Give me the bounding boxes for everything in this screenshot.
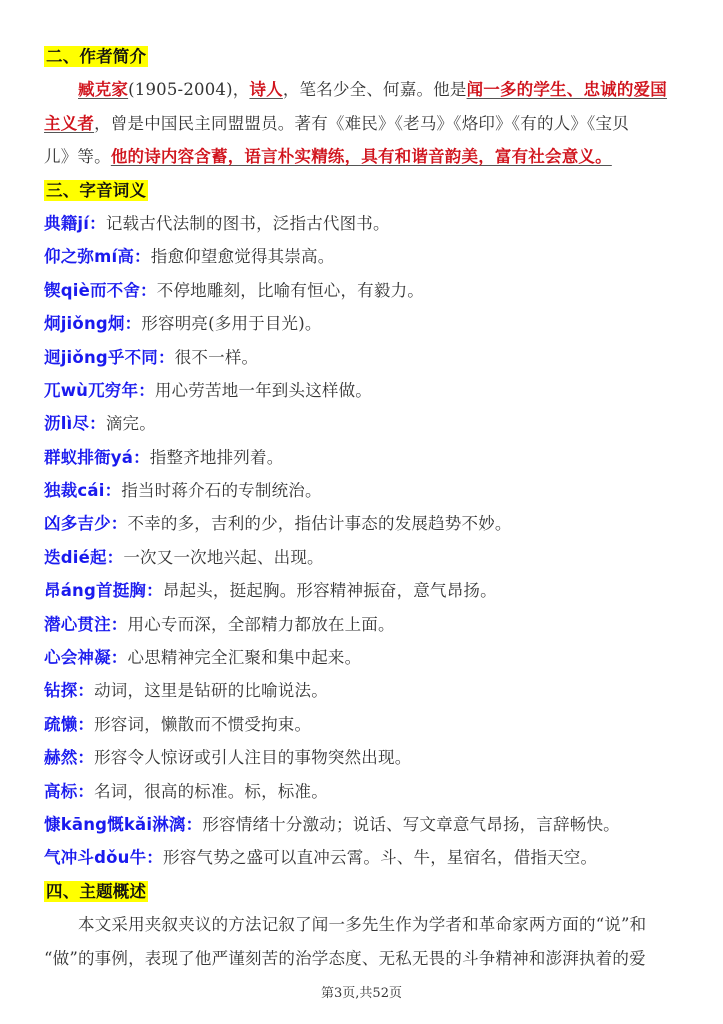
theme-paragraph-line-2: “做”的事例，表现了他严谨刻苦的治学态度、无私无畏的斗争精神和澎湃执着的爱 (44, 942, 684, 975)
author-works-end: 儿》等。 (44, 147, 111, 166)
page-number: 第3页,共52页 (0, 982, 723, 1001)
vocab-entry: 气冲斗dǒu牛：形容气势之盛可以直冲云霄。斗、牛，星宿名，借指天空。 (44, 841, 684, 874)
section-heading-vocabulary: 三、字音词义 (44, 174, 684, 207)
vocab-term: 群蚁排衙yá： (44, 448, 150, 467)
vocab-definition: 昂起头，挺起胸。形容精神振奋，意气昂扬。 (163, 581, 497, 600)
section-heading-theme: 四、主题概述 (44, 875, 684, 908)
author-name: 臧克家 (78, 80, 128, 99)
vocab-term: 气冲斗dǒu牛： (44, 848, 163, 867)
vocab-entry: 独裁cái：指当时蒋介石的专制统治。 (44, 474, 684, 507)
vocab-term: 疏懒： (44, 715, 94, 734)
author-relation: 闻一多的学生、忠诚的爱国 (467, 80, 667, 99)
vocab-term: 赫然： (44, 748, 94, 767)
vocab-term: 迭dié起： (44, 548, 123, 567)
vocab-term: 潜心贯注： (44, 615, 128, 634)
heading-highlight: 二、作者简介 (44, 46, 148, 67)
vocab-definition: 动词，这里是钻研的比喻说法。 (94, 681, 328, 700)
vocab-term: 锲qiè而不舍： (44, 281, 157, 300)
author-works: ，曾是中国民主同盟盟员。著有《难民》《老马》《烙印》《有的人》《宝贝 (94, 114, 629, 133)
vocab-term: 沥lì尽： (44, 414, 106, 433)
vocab-definition: 形容词，懒散而不惯受拘束。 (94, 715, 311, 734)
vocab-entry: 典籍jí：记载古代法制的图书，泛指古代图书。 (44, 207, 684, 240)
vocab-entry: 慷kāng慨kǎi淋漓：形容情绪十分激动；说话、写文章意气昂扬，言辞畅快。 (44, 808, 684, 841)
section-heading-author: 二、作者简介 (44, 40, 684, 73)
theme-paragraph-line-1: 本文采用夹叙夹议的方法记叙了闻一多先生作为学者和革命家两方面的“说”和 (44, 908, 684, 941)
vocab-definition: 用心劳苦地一年到头这样做。 (155, 381, 372, 400)
vocab-term: 高标： (44, 782, 94, 801)
vocab-definition: 一次又一次地兴起、出现。 (123, 548, 323, 567)
vocab-term: 仰之弥mí高： (44, 247, 151, 266)
vocab-definition: 形容明亮(多用于目光)。 (141, 314, 321, 333)
vocab-entry: 潜心贯注：用心专而深，全部精力都放在上面。 (44, 608, 684, 641)
vocab-term: 典籍jí： (44, 214, 106, 233)
vocab-term: 迥jiǒng乎不同： (44, 348, 175, 367)
vocab-entry: 沥lì尽：滴完。 (44, 407, 684, 440)
vocab-definition: 指整齐地排列着。 (150, 448, 284, 467)
author-years: (1905-2004)， (128, 80, 249, 99)
author-paragraph-line-3: 儿》等。他的诗内容含蓄，语言朴实精练，具有和谐音韵美，富有社会意义。 (44, 140, 684, 173)
vocab-definition: 不幸的多，吉利的少，指估计事态的发展趋势不妙。 (128, 514, 512, 533)
vocab-entry: 炯jiǒng炯：形容明亮(多用于目光)。 (44, 307, 684, 340)
vocab-entry: 群蚁排衙yá：指整齐地排列着。 (44, 441, 684, 474)
author-style-summary: 他的诗内容含蓄，语言朴实精练，具有和谐音韵美，富有社会意义。 (111, 147, 612, 166)
vocab-term: 昂áng首挺胸： (44, 581, 163, 600)
vocab-definition: 记载古代法制的图书，泛指古代图书。 (106, 214, 390, 233)
vocab-definition: 形容令人惊讶或引人注目的事物突然出现。 (94, 748, 411, 767)
vocab-term: 钻探： (44, 681, 94, 700)
heading-highlight: 三、字音词义 (44, 180, 148, 201)
author-paragraph-line-1: 臧克家(1905-2004)，诗人，笔名少全、何嘉。他是闻一多的学生、忠诚的爱国 (44, 73, 684, 106)
vocab-term: 炯jiǒng炯： (44, 314, 141, 333)
vocab-definition: 心思精神完全汇聚和集中起来。 (128, 648, 362, 667)
vocab-entry: 仰之弥mí高：指愈仰望愈觉得其崇高。 (44, 240, 684, 273)
vocab-entry: 疏懒：形容词，懒散而不惯受拘束。 (44, 708, 684, 741)
author-relation-cont: 主义者 (44, 114, 94, 133)
vocab-entry: 锲qiè而不舍：不停地雕刻，比喻有恒心，有毅力。 (44, 274, 684, 307)
vocab-definition: 名词，很高的标准。标，标准。 (94, 782, 328, 801)
vocab-term: 心会神凝： (44, 648, 128, 667)
vocab-entry: 钻探：动词，这里是钻研的比喻说法。 (44, 674, 684, 707)
vocab-entry: 赫然：形容令人惊讶或引人注目的事物突然出现。 (44, 741, 684, 774)
document-page: 二、作者简介 臧克家(1905-2004)，诗人，笔名少全、何嘉。他是闻一多的学… (44, 40, 684, 975)
vocab-definition: 指愈仰望愈觉得其崇高。 (151, 247, 335, 266)
vocab-definition: 形容情绪十分激动；说话、写文章意气昂扬，言辞畅快。 (202, 815, 620, 834)
author-role: 诗人 (249, 80, 282, 99)
vocab-definition: 不停地雕刻，比喻有恒心，有毅力。 (157, 281, 424, 300)
vocab-definition: 指当时蒋介石的专制统治。 (121, 481, 321, 500)
vocab-entry: 迥jiǒng乎不同：很不一样。 (44, 341, 684, 374)
heading-highlight: 四、主题概述 (44, 881, 148, 902)
vocab-term: 兀wù兀穷年： (44, 381, 155, 400)
author-paragraph-line-2: 主义者，曾是中国民主同盟盟员。著有《难民》《老马》《烙印》《有的人》《宝贝 (44, 107, 684, 140)
author-penname: ，笔名少全、何嘉。他是 (283, 80, 467, 99)
vocab-definition: 滴完。 (106, 414, 156, 433)
vocab-entry: 高标：名词，很高的标准。标，标准。 (44, 775, 684, 808)
vocab-definition: 用心专而深，全部精力都放在上面。 (128, 615, 395, 634)
vocab-entry: 迭dié起：一次又一次地兴起、出现。 (44, 541, 684, 574)
vocab-definition: 形容气势之盛可以直冲云霄。斗、牛，星宿名，借指天空。 (163, 848, 597, 867)
vocab-definition: 很不一样。 (175, 348, 259, 367)
vocab-entry: 昂áng首挺胸：昂起头，挺起胸。形容精神振奋，意气昂扬。 (44, 574, 684, 607)
vocab-term: 独裁cái： (44, 481, 121, 500)
vocab-entry: 凶多吉少：不幸的多，吉利的少，指估计事态的发展趋势不妙。 (44, 507, 684, 540)
vocab-term: 慷kāng慨kǎi淋漓： (44, 815, 202, 834)
vocab-term: 凶多吉少： (44, 514, 128, 533)
vocab-entry: 兀wù兀穷年：用心劳苦地一年到头这样做。 (44, 374, 684, 407)
vocab-entry: 心会神凝：心思精神完全汇聚和集中起来。 (44, 641, 684, 674)
